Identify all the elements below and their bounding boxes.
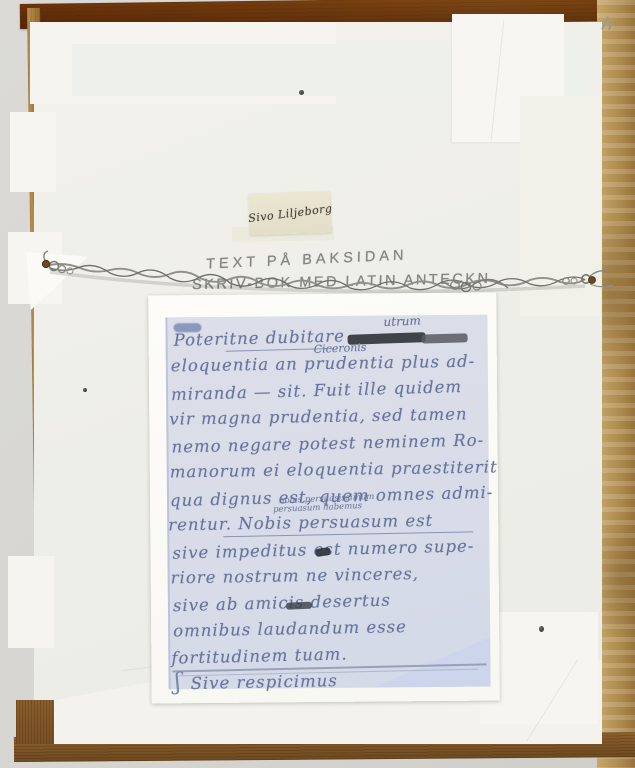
tape-strip [10,112,56,192]
manuscript-line: nemo negare potest neminem Ro- [171,430,484,456]
manuscript-line: riore nostrum ne vinceres, [171,564,420,587]
screw-eye-left [42,260,49,267]
ink-blot [286,602,312,610]
manuscript-line-text: Sive respicimus [190,671,337,693]
manuscript-line-text: vir magna prudentia, sed tamen [169,404,468,428]
photo-print: Poteritne dubitare utrum eloquentia an p… [148,292,500,703]
manuscript-line-text: omnibus laudandum esse [173,617,407,640]
manuscript-line-text: miranda — sit. Fuit ille quidem [171,377,462,404]
manuscript-line: rentur. Nobis persuasum est [168,511,433,535]
nail [83,388,87,392]
insertion-text: Ciceronis [313,341,366,356]
nail [539,626,544,632]
manuscript-page: Poteritne dubitare utrum eloquentia an p… [165,315,490,690]
manuscript-line: fortitudinem tuam. [171,644,348,667]
manuscript-line: miranda — sit. Fuit ille quidem [171,377,462,404]
manuscript-line: manorum ei eloquentia praestiterit [170,457,498,481]
manuscript-line-text: rentur. Nobis persuasum est [168,511,433,535]
nail [299,90,304,95]
manuscript-line-text: fortitudinem tuam. [171,644,348,667]
ink-blot [422,333,468,343]
manuscript-line-text: manorum ei eloquentia praestiterit [170,457,498,481]
manuscript-line-text: riore nostrum ne vinceres, [171,564,420,587]
frame-corner-wood [16,700,54,744]
manuscript-line: sive ab amicis desertus [173,591,391,616]
manuscript-line: vir magna prudentia, sed tamen [169,404,468,428]
signature-text: Sivo Liljeborg [247,201,333,224]
bracket-mark: ʃ [174,667,182,695]
frame-right-edge [597,0,635,768]
screw-eye-right [589,277,596,284]
hanging-wire [0,228,635,320]
manuscript-line: Sive respicimus [190,671,337,693]
manuscript-line-text: nemo negare potest neminem Ro- [171,430,484,456]
manuscript-line-text: sive ab amicis desertus [173,591,391,616]
manuscript-line: omnibus laudandum esse [173,617,407,640]
staple [602,16,616,32]
photo-of-frame-back: Sivo Liljeborg TEXT PÅ BAKSIDAN SKRIV-BO… [0,0,635,768]
tape-strip [8,556,54,648]
